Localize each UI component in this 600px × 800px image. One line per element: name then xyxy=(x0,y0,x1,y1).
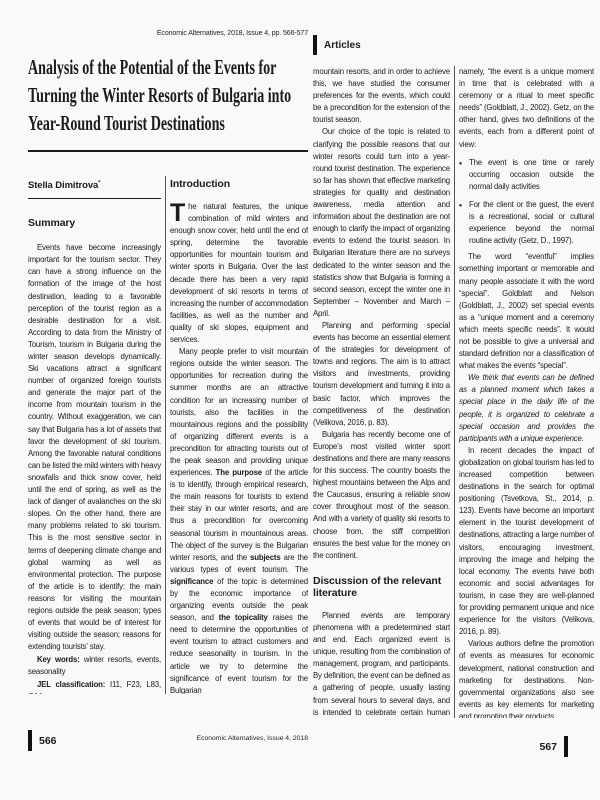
drop-cap: T xyxy=(170,203,185,223)
body-paragraph: mountain resorts, and in order to achiev… xyxy=(313,66,450,126)
journal-header: Economic Alternatives, 2018, Issue 4, pp… xyxy=(28,30,308,37)
left-page: Economic Alternatives, 2018, Issue 4, pp… xyxy=(28,30,308,694)
body-paragraph: Planning and performing special events h… xyxy=(313,320,450,429)
body-paragraph: Planned events are temporary phenomena w… xyxy=(313,610,450,718)
right-page: Articles mountain resorts, and in order … xyxy=(313,30,594,718)
introduction-paragraph-1-text: he natural features, the unique combinat… xyxy=(170,202,308,344)
right-page-columns: mountain resorts, and in order to achiev… xyxy=(313,66,594,718)
journal-spread: Economic Alternatives, 2018, Issue 4, pp… xyxy=(0,0,600,800)
body-paragraph: Various authors define the promotion of … xyxy=(459,638,594,718)
articles-header: Articles xyxy=(313,35,594,55)
article-title: Analysis of the Potential of the Events … xyxy=(28,53,307,137)
right-page-footer: 567 xyxy=(498,736,568,757)
author-footnote-mark: * xyxy=(98,180,100,186)
right-page-column-2: namely, “the event is a unique moment in… xyxy=(459,66,594,718)
author-rule xyxy=(28,198,161,199)
introduction-paragraph-2: Many people prefer to visit mountain reg… xyxy=(170,346,308,694)
jel-classification-line: JEL classification: I11, F23, L83, O14 xyxy=(28,679,161,694)
page-number-left: 566 xyxy=(39,735,57,747)
summary-text: Events have become increasingly importan… xyxy=(28,242,161,653)
body-paragraph: In recent decades the impact of globaliz… xyxy=(459,445,594,639)
left-page-columns: Stella Dimitrova* Summary Events have be… xyxy=(28,176,308,694)
section-bar xyxy=(313,35,317,55)
bullet-text: The event is one time or rarely occurrin… xyxy=(469,157,594,193)
introduction-paragraph-1: The natural features, the unique combina… xyxy=(170,201,308,346)
title-rule xyxy=(28,150,308,152)
body-paragraph: The word “eventful” implies something im… xyxy=(459,251,594,372)
left-page-column-divider xyxy=(165,176,166,694)
author-name-text: Stella Dimitrova xyxy=(28,180,98,191)
introduction-column: Introduction The natural features, the u… xyxy=(170,176,308,694)
articles-section-label: Articles xyxy=(324,40,361,51)
page-number-right: 567 xyxy=(539,741,557,753)
journal-footer: Economic Alternatives, Issue 4, 2018 xyxy=(150,735,308,742)
summary-column: Stella Dimitrova* Summary Events have be… xyxy=(28,176,161,694)
authors-opinion-paragraph: We think that events can be defined as a… xyxy=(459,372,594,445)
right-page-column-1: mountain resorts, and in order to achiev… xyxy=(313,66,450,718)
bullet-icon: • xyxy=(459,199,469,247)
body-paragraph: Our choice of the topic is related to cl… xyxy=(313,126,450,320)
summary-heading: Summary xyxy=(28,217,161,229)
discussion-heading: Discussion of the relevant literature xyxy=(313,575,450,599)
body-paragraph: namely, “the event is a unique moment in… xyxy=(459,66,594,151)
bullet-icon: • xyxy=(459,157,469,193)
left-page-footer: 566 xyxy=(28,730,57,751)
bullet-item: • For the client or the guest, the event… xyxy=(459,199,594,247)
page-number-bar xyxy=(564,736,568,757)
author-name: Stella Dimitrova* xyxy=(28,180,161,191)
bullet-item: • The event is one time or rarely occurr… xyxy=(459,157,594,193)
bullet-text: For the client or the guest, the event i… xyxy=(469,199,594,247)
keywords-line: Key words: winter resorts, events, seaso… xyxy=(28,654,161,678)
body-paragraph: Bulgaria has recently become one of Euro… xyxy=(313,429,450,562)
page-number-bar xyxy=(28,730,32,751)
right-page-column-divider xyxy=(454,66,455,718)
introduction-heading: Introduction xyxy=(170,178,308,190)
